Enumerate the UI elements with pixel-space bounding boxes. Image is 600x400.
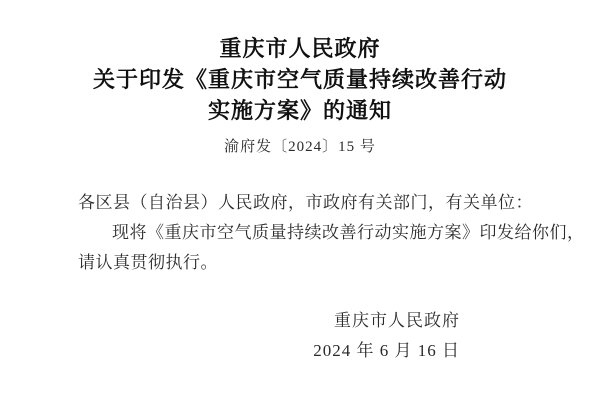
title-line-issuer: 重庆市人民政府 [0, 33, 600, 64]
salutation-line: 各区县（自治县）人民政府，市政府有关部门，有关单位： [78, 188, 536, 218]
title-line-subject: 关于印发《重庆市空气质量持续改善行动 [0, 64, 600, 95]
document-number: 渝府发〔2024〕15 号 [0, 137, 600, 157]
signature-issuer: 重庆市人民政府 [0, 310, 460, 332]
document-body: 各区县（自治县）人民政府，市政府有关部门，有关单位： 现将《重庆市空气质量持续改… [78, 188, 536, 278]
title-line-subject-continued: 实施方案》的通知 [0, 95, 600, 126]
body-paragraph-line-continued: 请认真贯彻执行。 [78, 248, 536, 278]
government-notice-document: 重庆市人民政府 关于印发《重庆市空气质量持续改善行动 实施方案》的通知 渝府发〔… [0, 0, 600, 400]
document-title: 重庆市人民政府 关于印发《重庆市空气质量持续改善行动 实施方案》的通知 [0, 33, 600, 126]
signature-date: 2024 年 6 月 16 日 [0, 340, 460, 362]
body-paragraph-line: 现将《重庆市空气质量持续改善行动实施方案》印发给你们， [78, 218, 536, 248]
